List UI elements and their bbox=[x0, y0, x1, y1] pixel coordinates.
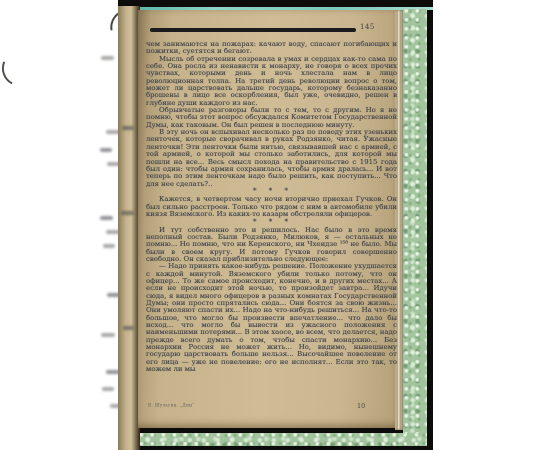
paragraph: — Надо принять какое-нибудь решение. Пол… bbox=[146, 263, 397, 373]
page-curl-mark bbox=[0, 48, 39, 91]
blurred-text-fragment bbox=[101, 56, 114, 60]
page-text: чем занимаются на пожарах: качают воду, … bbox=[146, 41, 397, 373]
header-rule bbox=[150, 28, 356, 32]
footer-sheet-number: 10 bbox=[357, 402, 365, 410]
blurred-text-fragment bbox=[121, 211, 134, 215]
paragraph: Мысль об отречении созревала в умах и се… bbox=[146, 56, 397, 107]
paragraph: Кажется, в четвертом часу ночи вторично … bbox=[146, 196, 397, 218]
paragraph: В эту ночь он вспыхивал несколько раз по… bbox=[146, 129, 397, 188]
page-footer: В. Шульгин. „Дни“ 10 bbox=[146, 402, 397, 412]
marbled-endpaper-right bbox=[403, 9, 427, 446]
blurred-text-fragment bbox=[122, 126, 134, 130]
page-number: 145 bbox=[360, 23, 375, 31]
section-separator: * * * bbox=[146, 219, 397, 226]
footer-signature: В. Шульгин. „Дни“ bbox=[148, 403, 195, 408]
paragraph: Обрывчатые разговоры были то с тем, то с… bbox=[146, 107, 397, 129]
blurred-text-fragment bbox=[123, 326, 134, 330]
paragraph: И тут собственно это и решилось. Нас был… bbox=[146, 227, 397, 264]
blurred-text-fragment bbox=[100, 148, 112, 152]
paragraph: чем занимаются на пожарах: качают воду, … bbox=[146, 41, 397, 56]
blurred-text-fragment bbox=[102, 387, 114, 391]
marbled-endpaper-bottom bbox=[138, 433, 427, 446]
blurred-text-fragment bbox=[103, 244, 115, 248]
blurred-text-fragment bbox=[101, 333, 115, 337]
book-photo: 145 чем занимаются на пожарах: качают во… bbox=[118, 0, 433, 450]
blurred-text-fragment bbox=[100, 216, 113, 220]
book-page: 145 чем занимаются на пожарах: качают во… bbox=[138, 10, 395, 428]
left-page-gutter bbox=[118, 6, 140, 450]
